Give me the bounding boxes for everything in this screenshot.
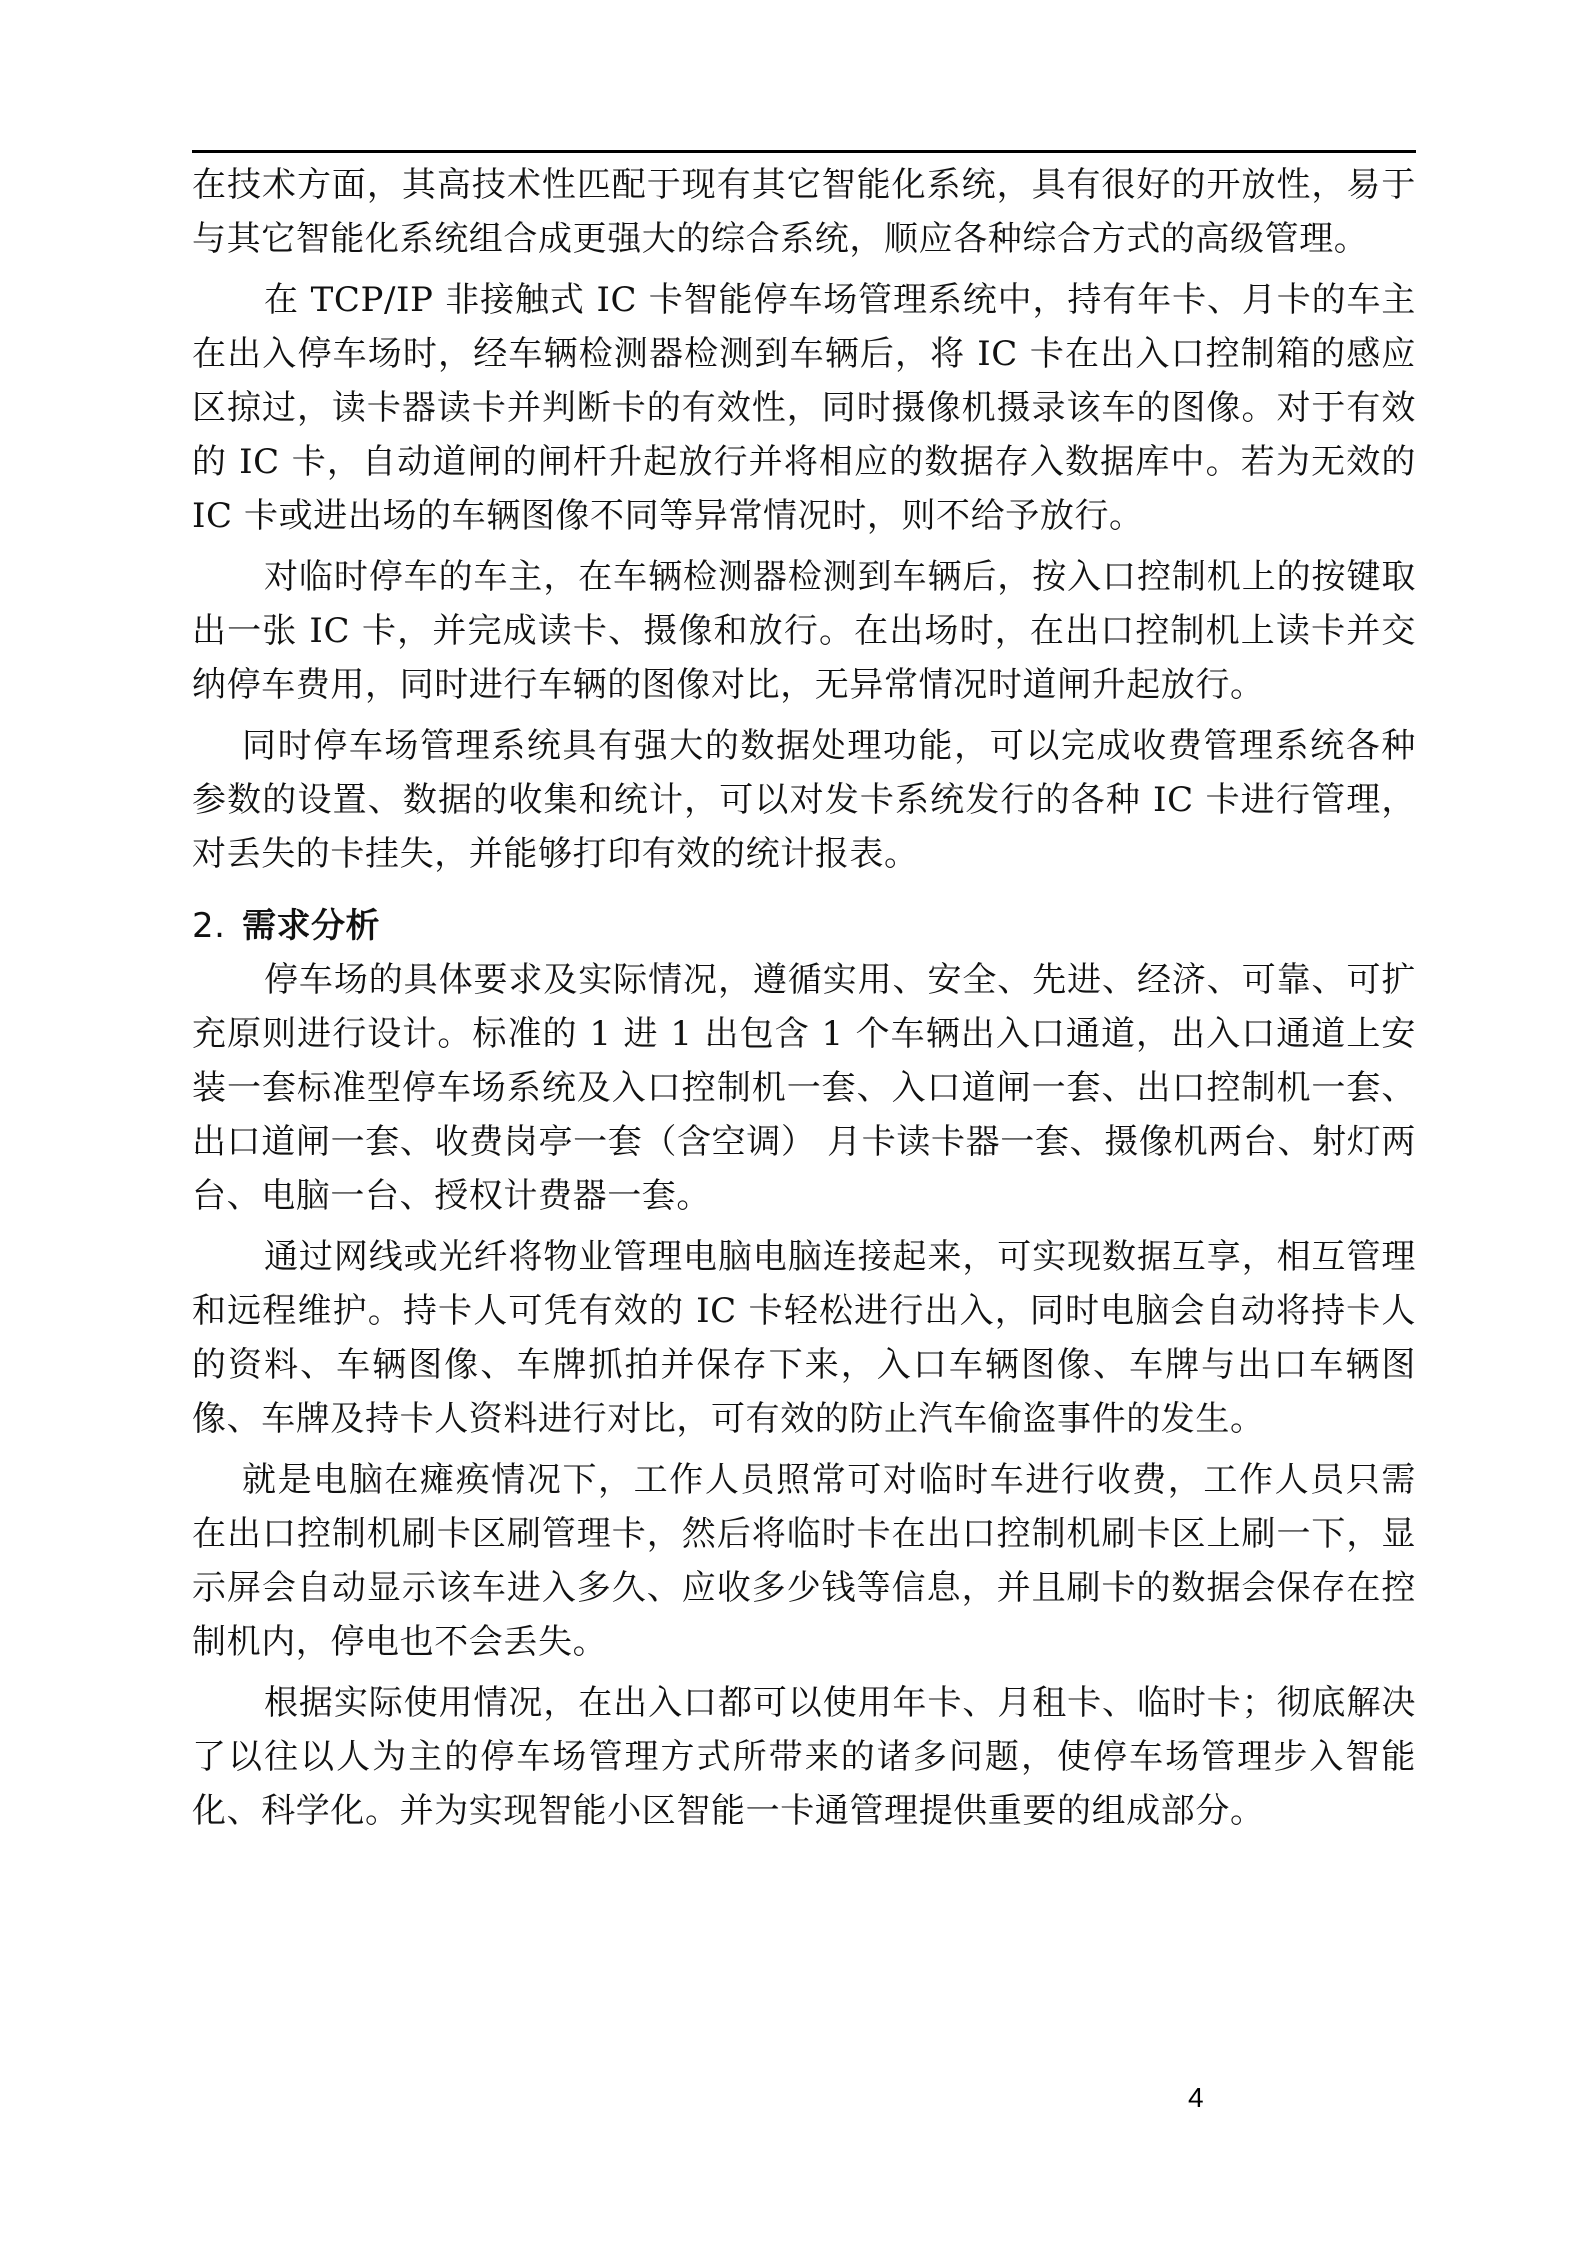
page-content: 在技术方面，其高技术性匹配于现有其它智能化系统，具有很好的开放性，易于与其它智能… bbox=[192, 158, 1416, 1838]
section-number: 2. bbox=[192, 899, 242, 953]
paragraph-intro-continued: 在技术方面，其高技术性匹配于现有其它智能化系统，具有很好的开放性，易于与其它智能… bbox=[192, 158, 1416, 266]
paragraph-temporary-parking: 对临时停车的车主，在车辆检测器检测到车辆后，按入口控制机上的按键取出一张 IC … bbox=[192, 550, 1416, 712]
paragraph-requirements: 停车场的具体要求及实际情况，遵循实用、安全、先进、经济、可靠、可扩充原则进行设计… bbox=[192, 953, 1416, 1223]
paragraph-tcpip-system: 在 TCP/IP 非接触式 IC 卡智能停车场管理系统中，持有年卡、月卡的车主在… bbox=[192, 273, 1416, 543]
document-page: 在技术方面，其高技术性匹配于现有其它智能化系统，具有很好的开放性，易于与其它智能… bbox=[192, 0, 1416, 2245]
paragraph-offline-mode: 就是电脑在瘫痪情况下，工作人员照常可对临时车进行收费，工作人员只需在出口控制机刷… bbox=[192, 1453, 1416, 1669]
paragraph-conclusion: 根据实际使用情况，在出入口都可以使用年卡、月租卡、临时卡；彻底解决了以往以人为主… bbox=[192, 1676, 1416, 1838]
paragraph-network: 通过网线或光纤将物业管理电脑电脑连接起来，可实现数据互享，相互管理和远程维护。持… bbox=[192, 1230, 1416, 1446]
page-number: 4 bbox=[1188, 2082, 1204, 2114]
section-heading: 2.需求分析 bbox=[192, 899, 1416, 953]
section-title: 需求分析 bbox=[242, 906, 380, 946]
header-rule bbox=[192, 150, 1416, 153]
paragraph-data-processing: 同时停车场管理系统具有强大的数据处理功能，可以完成收费管理系统各种参数的设置、数… bbox=[192, 719, 1416, 881]
